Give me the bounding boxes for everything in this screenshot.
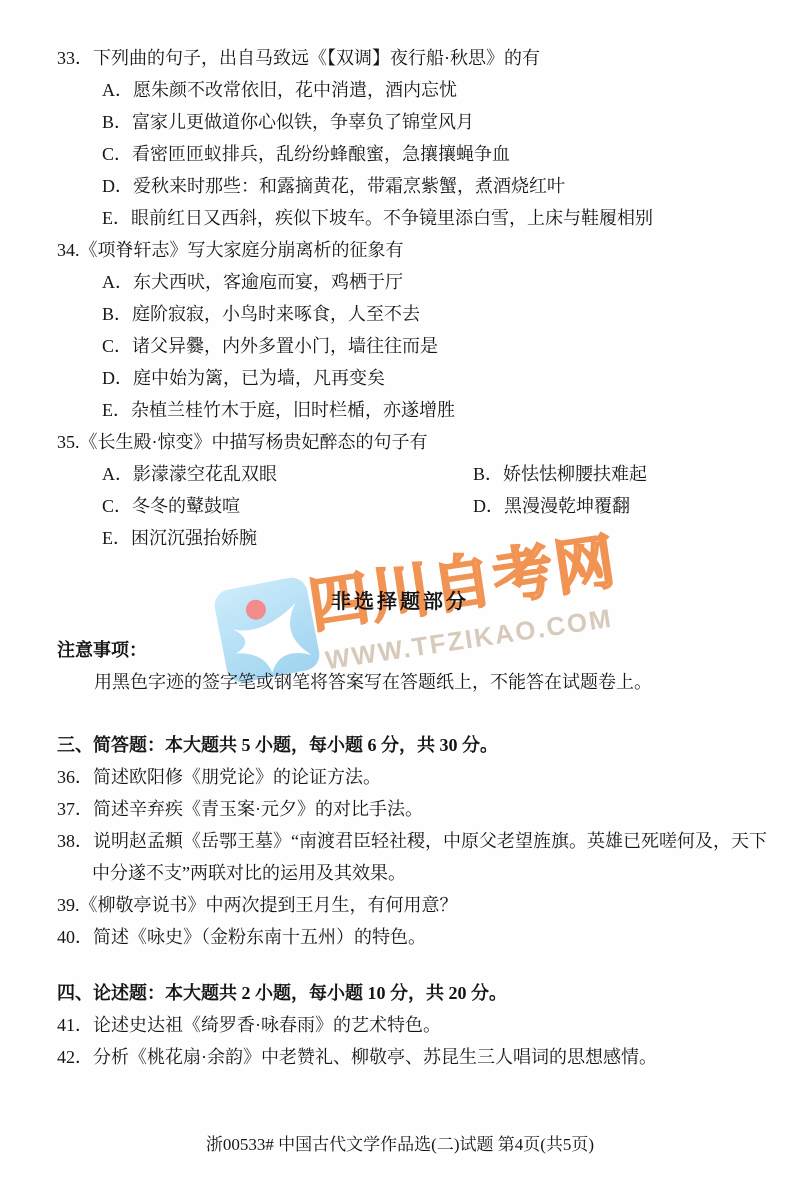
option-label: E． [102,528,131,548]
option-text: 冬冬的鼙鼓喧 [132,496,240,516]
short-answer-section-heading: 三、简答题：本大题共 5 小题，每小题 6 分，共 30 分。 [0,729,800,761]
question-number: 40． [57,927,93,947]
question-35: 35.《长生殿·惊变》中描写杨贵妃醉态的句子有 [0,426,800,458]
question-34-option-d: D．庭中始为篱，已为墙，凡再变矣 [0,362,800,394]
question-35-option-e: E．困沉沉强抬娇腕 [102,522,473,554]
notice-title: 注意事项： [0,634,800,666]
question-text: 《柳敬亭说书》中两次提到王月生，有何用意？ [80,895,458,915]
question-text: 分析《桃花扇·余韵》中老赞礼、柳敬亭、苏昆生三人唱词的思想感情。 [93,1047,657,1067]
question-40: 40．简述《咏史》（金粉东南十五州）的特色。 [0,921,800,953]
question-33-option-c: C．看密匝匝蚁排兵，乱纷纷蜂酿蜜，急攘攘蝇争血 [0,138,800,170]
option-label: C． [102,144,132,164]
option-label: A． [102,272,133,292]
question-number: 35. [57,432,80,452]
question-33-option-d: D．爱秋来时那些：和露摘黄花，带霜烹紫蟹，煮酒烧红叶 [0,170,800,202]
question-35-option-a: A．影濛濛空花乱双眼 [102,458,473,490]
question-text: 简述《咏史》（金粉东南十五州）的特色。 [93,927,426,947]
question-33-option-b: B．富家儿更做道你心似铁，争辜负了锦堂风月 [0,106,800,138]
option-text: 娇怯怯柳腰扶难起 [503,464,647,484]
option-text: 富家儿更做道你心似铁，争辜负了锦堂风月 [132,112,474,132]
question-number: 38． [57,831,93,851]
option-label: E． [102,400,131,420]
option-label: B． [473,464,503,484]
question-33: 33．下列曲的句子，出自马致远《【双调】夜行船·秋思》的有 [0,42,800,74]
question-35-option-b: B．娇怯怯柳腰扶难起 [473,458,800,490]
option-text: 影濛濛空花乱双眼 [133,464,277,484]
option-label: D． [102,368,133,388]
question-stem: 《长生殿·惊变》中描写杨贵妃醉态的句子有 [80,432,428,452]
option-text: 东犬西吠，客逾庖而宴，鸡栖于厅 [133,272,403,292]
option-text: 黑漫漫乾坤覆翻 [504,496,630,516]
question-36: 36．简述欧阳修《朋党论》的论证方法。 [0,761,800,793]
question-35-options: A．影濛濛空花乱双眼 B．娇怯怯柳腰扶难起 C．冬冬的鼙鼓喧 D．黑漫漫乾坤覆翻… [0,458,800,554]
question-33-option-a: A．愿朱颜不改常依旧，花中消遣，酒内忘忧 [0,74,800,106]
question-number: 42． [57,1047,93,1067]
question-38: 38．说明赵孟頫《岳鄂王墓》“南渡君臣轻社稷，中原父老望旌旗。英雄已死嗟何及，天… [0,825,800,889]
notice-body: 用黑色字迹的签字笔或钢笔将答案写在答题纸上，不能答在试题卷上。 [0,666,800,698]
question-number: 36． [57,767,93,787]
option-text: 困沉沉强抬娇腕 [131,528,257,548]
question-text: 说明赵孟頫《岳鄂王墓》“南渡君臣轻社稷，中原父老望旌旗。英雄已死嗟何及，天下中分… [92,831,767,883]
question-42: 42．分析《桃花扇·余韵》中老赞礼、柳敬亭、苏昆生三人唱词的思想感情。 [0,1041,800,1073]
question-39: 39.《柳敬亭说书》中两次提到王月生，有何用意？ [0,889,800,921]
question-41: 41．论述史达祖《绮罗香·咏春雨》的艺术特色。 [0,1009,800,1041]
option-text: 杂植兰桂竹木于庭，旧时栏楯，亦遂增胜 [131,400,455,420]
question-number: 41． [57,1015,93,1035]
page-footer: 浙00533# 中国古代文学作品选(二)试题 第4页(共5页) [0,1131,800,1159]
option-text: 愿朱颜不改常依旧，花中消遣，酒内忘忧 [133,80,457,100]
option-label: D． [473,496,504,516]
question-37: 37．简述辛弃疾《青玉案·元夕》的对比手法。 [0,793,800,825]
question-text: 简述辛弃疾《青玉案·元夕》的对比手法。 [93,799,423,819]
option-text: 眼前红日又西斜，疾似下坡车。不争镜里添白雪，上床与鞋履相别 [131,208,653,228]
question-text: 简述欧阳修《朋党论》的论证方法。 [93,767,381,787]
question-stem: 下列曲的句子，出自马致远《【双调】夜行船·秋思》的有 [93,48,540,68]
question-33-option-e: E．眼前红日又西斜，疾似下坡车。不争镜里添白雪，上床与鞋履相别 [0,202,800,234]
section-divider-title: 非选择题部分 [0,586,800,618]
question-34: 34.《项脊轩志》写大家庭分崩离析的征象有 [0,234,800,266]
option-label: B． [102,304,132,324]
option-text: 庭阶寂寂，小鸟时来啄食，人至不去 [132,304,420,324]
question-stem: 《项脊轩志》写大家庭分崩离析的征象有 [80,240,404,260]
option-text: 庭中始为篱，已为墙，凡再变矣 [133,368,385,388]
option-label: B． [102,112,132,132]
question-35-option-d: D．黑漫漫乾坤覆翻 [473,490,800,522]
option-label: A． [102,464,133,484]
multiple-choice-section: 33．下列曲的句子，出自马致远《【双调】夜行船·秋思》的有 A．愿朱颜不改常依旧… [0,0,800,554]
option-text: 看密匝匝蚁排兵，乱纷纷蜂酿蜜，急攘攘蝇争血 [132,144,510,164]
option-label: C． [102,496,132,516]
option-text: 诸父异爨，内外多置小门，墙往往而是 [132,336,438,356]
question-34-option-a: A．东犬西吠，客逾庖而宴，鸡栖于厅 [0,266,800,298]
question-number: 33． [57,48,93,68]
question-34-option-e: E．杂植兰桂竹木于庭，旧时栏楯，亦遂增胜 [0,394,800,426]
question-34-option-c: C．诸父异爨，内外多置小门，墙往往而是 [0,330,800,362]
essay-section-heading: 四、论述题：本大题共 2 小题，每小题 10 分，共 20 分。 [0,977,800,1009]
option-text: 爱秋来时那些：和露摘黄花，带霜烹紫蟹，煮酒烧红叶 [133,176,565,196]
option-label: C． [102,336,132,356]
option-label: D． [102,176,133,196]
option-label: E． [102,208,131,228]
exam-page: 33．下列曲的句子，出自马致远《【双调】夜行船·秋思》的有 A．愿朱颜不改常依旧… [0,0,800,1073]
option-label: A． [102,80,133,100]
question-number: 39. [57,895,80,915]
question-35-option-c: C．冬冬的鼙鼓喧 [102,490,473,522]
question-text: 论述史达祖《绮罗香·咏春雨》的艺术特色。 [93,1015,441,1035]
question-number: 37． [57,799,93,819]
question-34-option-b: B．庭阶寂寂，小鸟时来啄食，人至不去 [0,298,800,330]
question-number: 34. [57,240,80,260]
